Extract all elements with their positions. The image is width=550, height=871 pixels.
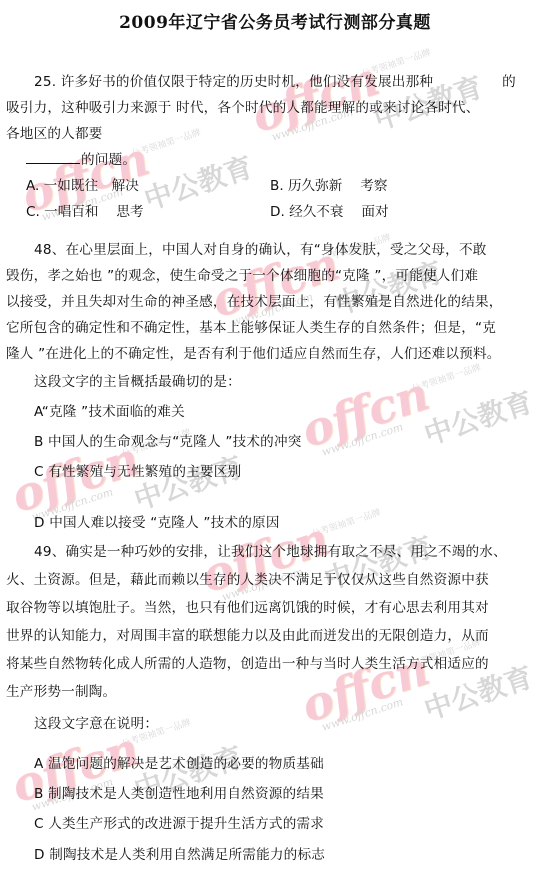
q48-option-c: C 有性繁殖与无性繁殖的主要区别 — [34, 460, 241, 480]
watermark-brand: 中公教育 — [139, 146, 258, 219]
watermark-url: www.offcn.com — [320, 695, 405, 734]
q48-option-d: D 中国人难以接受 “克隆人 ”技术的原因 — [34, 511, 280, 531]
watermark-brand: 中公教育 — [129, 446, 248, 519]
watermark-tagline: 公考领袖第一品牌 — [410, 360, 483, 395]
q25-option-d: D. 经久不衰 面对 — [270, 200, 389, 220]
q49-option-b: B 制陶技术是人类创造性地利用自然资源的结果 — [34, 782, 324, 802]
watermark-logo: offcn — [295, 366, 436, 458]
watermark: 公考领袖第一品牌 offcn中公教育 www.offcn.com — [300, 385, 534, 439]
q48-line: 毁伤，孝之始也 ”的观念，使生命受之于一个体细胞的“克隆 ”，可能使人们难 — [6, 264, 478, 284]
q48-prompt: 这段文字的主旨概括最确切的是： — [34, 370, 241, 390]
q25-blank-line: 的问题。 — [26, 148, 136, 168]
q25-option-b: B. 历久弥新 考察 — [270, 174, 387, 194]
watermark-brand: 中公教育 — [419, 381, 538, 454]
q49-line: 火、土资源。但是，藉此而赖以生存的人类决不满足于仅仅从这些自然资源中获 — [6, 568, 489, 588]
watermark-tagline: 公考领袖第一品牌 — [130, 125, 203, 160]
q25-line: 25. 许多好书的价值仅限于特定的历史时机，他们没有发展出那种 的 — [34, 70, 516, 90]
q49-option-a: A 温饱问题的解决是艺术创造的必要的物质基础 — [34, 752, 324, 772]
q25-line: 各地区的人都要 — [6, 122, 103, 142]
q25-option-a: A. 一如既往 解决 — [26, 174, 139, 194]
watermark-url: www.offcn.com — [320, 420, 405, 459]
answer-blank — [26, 151, 80, 164]
q49-prompt: 这段文字意在说明： — [34, 712, 158, 732]
page-title: 2009年辽宁省公务员考试行测部分真题 — [0, 8, 550, 33]
q49-line: 生产形势一制陶。 — [6, 680, 116, 700]
watermark-brand: 中公教育 — [329, 251, 448, 324]
q48-option-a: A“克隆 ”技术面临的难关 — [34, 400, 185, 420]
q48-line: 以接受，并且失却对生命的神圣感，在技术层面上，有性繁殖是自然进化的结果， — [6, 290, 503, 310]
q48-line: 48、在心里层面上，中国人对自身的确认，有“身体发肤，受之父母，不敢 — [34, 238, 487, 258]
q49-line: 49、确实是一种巧妙的安排，让我们这个地球拥有取之不尽、用之不竭的水、 — [34, 540, 507, 560]
q48-line: 隆人 ”在进化上的不确定性，是否有利于他们适应自然而生存，人们还难以预料。 — [6, 342, 501, 362]
q25-option-c: C. 一唱百和 思考 — [26, 200, 144, 220]
q25-blank-suffix: 的问题。 — [81, 152, 136, 168]
q25-line: 吸引力，这种吸引力来源于 时代，各个时代的人都能理解的或来讨论各时代、 — [6, 96, 480, 116]
q49-line: 取谷物等以填饱肚子。当然，也只有他们远离饥饿的时候，才有心思去利用其对 — [6, 596, 489, 616]
q49-option-d: D 制陶技术是人类利用自然满足所需能力的标志 — [34, 843, 325, 863]
q48-line: 它所包含的确定性和不确定性，基本上能够保证人类生存的自然条件；但是，“克 — [6, 316, 496, 336]
q49-line: 将某些自然物转化成人所需的人造物，创造出一种与当时人类生活方式相适应的 — [6, 652, 489, 672]
q49-option-c: C 人类生产形式的改进源于提升生活方式的需求 — [34, 812, 324, 832]
q48-option-b: B 中国人的生命观念与“克隆人 ”技术的冲突 — [34, 430, 302, 450]
q49-line: 世界的认知能力，对周围丰富的联想能力以及由此而迸发出的无限创造力，从而 — [6, 624, 489, 644]
watermark-tagline: 公考领袖第一品牌 — [310, 505, 383, 540]
